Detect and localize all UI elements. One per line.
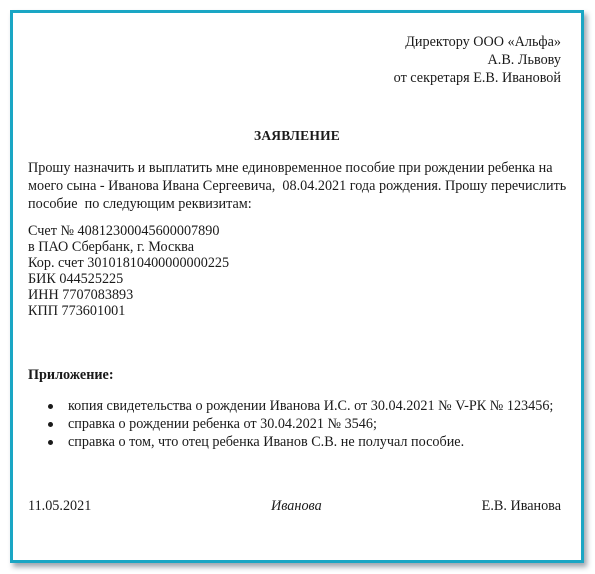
correspondent-account: Кор. счет 30101810400000000225 — [28, 255, 229, 271]
bullet-icon — [48, 440, 53, 445]
bullet-icon — [48, 404, 53, 409]
body-line: моего сына - Иванова Ивана Сергеевича, 0… — [28, 177, 568, 195]
signature-footer: 11.05.2021 Иванова Е.В. Иванова — [28, 498, 561, 516]
document-title: ЗАЯВЛЕНИЕ — [13, 128, 581, 144]
bik: БИК 044525225 — [28, 271, 229, 287]
bank-account: Счет № 40812300045600007890 — [28, 223, 229, 239]
body-line: пособие по следующим реквизитам: — [28, 195, 568, 213]
attachment-text: справка о том, что отец ребенка Иванов С… — [68, 434, 464, 450]
attachments-title: Приложение: — [28, 367, 114, 384]
bank-details: Счет № 40812300045600007890 в ПАО Сберба… — [28, 223, 229, 319]
application-date: 11.05.2021 — [28, 498, 91, 515]
attachments-list: копия свидетельства о рождении Иванова И… — [28, 397, 553, 451]
list-item: справка о рождении ребенка от 30.04.2021… — [28, 415, 553, 433]
attachment-text: справка о рождении ребенка от 30.04.2021… — [68, 416, 377, 432]
addressee-line: Директору ООО «Альфа» — [394, 33, 561, 51]
attachment-text: копия свидетельства о рождении Иванова И… — [68, 398, 553, 414]
bank-name: в ПАО Сбербанк, г. Москва — [28, 239, 229, 255]
list-item: копия свидетельства о рождении Иванова И… — [28, 397, 553, 415]
addressee-line: А.В. Львову — [394, 51, 561, 69]
signature: Иванова — [271, 498, 322, 515]
kpp: КПП 773601001 — [28, 303, 229, 319]
document-frame: Директору ООО «Альфа» А.В. Львову от сек… — [10, 10, 584, 563]
inn: ИНН 7707083893 — [28, 287, 229, 303]
body-line: Прошу назначить и выплатить мне единовре… — [28, 159, 568, 177]
list-item: справка о том, что отец ребенка Иванов С… — [28, 433, 553, 451]
application-body: Прошу назначить и выплатить мне единовре… — [28, 159, 568, 213]
addressee-line: от секретаря Е.В. Ивановой — [394, 69, 561, 87]
addressee-block: Директору ООО «Альфа» А.В. Львову от сек… — [394, 33, 561, 87]
bullet-icon — [48, 422, 53, 427]
signer-name: Е.В. Иванова — [482, 498, 561, 515]
